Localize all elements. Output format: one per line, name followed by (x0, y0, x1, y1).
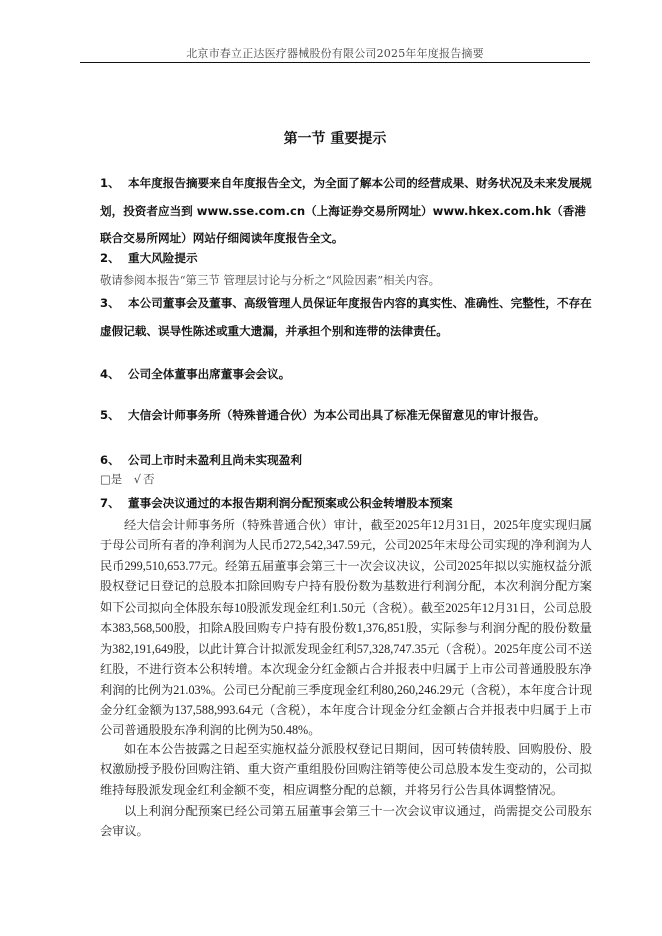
item-5: 5、大信会计师事务所（特殊普通合伙）为本公司出具了标准无保留意见的审计报告。 (100, 407, 592, 423)
item-text: 公司上市时未盈利且尚未实现盈利 (128, 453, 302, 467)
item-number: 1、 (100, 170, 128, 198)
item-1: 1、本年度报告摘要来自年度报告全文，为全面了解本公司的经营成果、财务状况及未来发… (100, 170, 592, 253)
item-number: 4、 (100, 366, 128, 382)
item-6: 6、公司上市时未盈利且尚未实现盈利 (100, 452, 592, 468)
item-text: 本公司董事会及董事、高级管理人员保证年度报告内容的真实性、准确性、完整性，不存在… (100, 296, 592, 338)
risk-note: 敬请参阅本报告“第三节 管理层讨论与分析之“风险因素”相关内容。 (100, 272, 592, 288)
item-text: 董事会决议通过的本报告期利润分配预案或公积金转增股本预案 (128, 496, 453, 510)
adjustment-paragraph: 如在本公告披露之日起至实施权益分派股权登记日期间，因可转债转股、回购股份、股权激… (100, 739, 592, 800)
item-text: 公司全体董事出席董事会会议。 (128, 367, 290, 381)
option-label: 否 (143, 472, 154, 486)
checkmark-icon: √ (134, 472, 141, 486)
item-number: 6、 (100, 452, 128, 468)
option-no: √否 (134, 472, 155, 486)
option-yes: □是 (100, 472, 122, 486)
approval-paragraph: 以上利润分配预案已经公司第五届董事会第三十一次会议审议通过，尚需提交公司股东会审… (100, 801, 592, 842)
item-2: 2、重大风险提示 (100, 250, 592, 266)
item-text: 本年度报告摘要来自年度报告全文，为全面了解本公司的经营成果、财务状况及未来发展规… (100, 176, 592, 245)
item-number: 7、 (100, 495, 128, 511)
dividend-plan-paragraph: 公司拟向全体股东每10股派发现金红利1.50元（含税）。截至2025年12月31… (100, 598, 592, 741)
item-number: 3、 (100, 290, 128, 318)
item-text: 大信会计师事务所（特殊普通合伙）为本公司出具了标准无保留意见的审计报告。 (128, 408, 545, 422)
header-divider (80, 62, 590, 63)
option-label: 是 (111, 472, 122, 486)
item-3: 3、本公司董事会及董事、高级管理人员保证年度报告内容的真实性、准确性、完整性，不… (100, 290, 592, 345)
item-7: 7、董事会决议通过的本报告期利润分配预案或公积金转增股本预案 (100, 495, 592, 511)
section-title: 第一节 重要提示 (80, 128, 590, 148)
yes-no-options: □是 √否 (100, 471, 162, 487)
item-4: 4、公司全体董事出席董事会会议。 (100, 366, 592, 382)
empty-checkbox-icon: □ (100, 472, 111, 486)
item-text: 重大风险提示 (128, 251, 198, 265)
item-number: 5、 (100, 407, 128, 423)
page-header: 北京市春立正达医疗器械股份有限公司2025年年度报告摘要 (80, 45, 590, 61)
document-page: 北京市春立正达医疗器械股份有限公司2025年年度报告摘要 第一节 重要提示 1、… (0, 0, 662, 936)
item-number: 2、 (100, 250, 128, 266)
